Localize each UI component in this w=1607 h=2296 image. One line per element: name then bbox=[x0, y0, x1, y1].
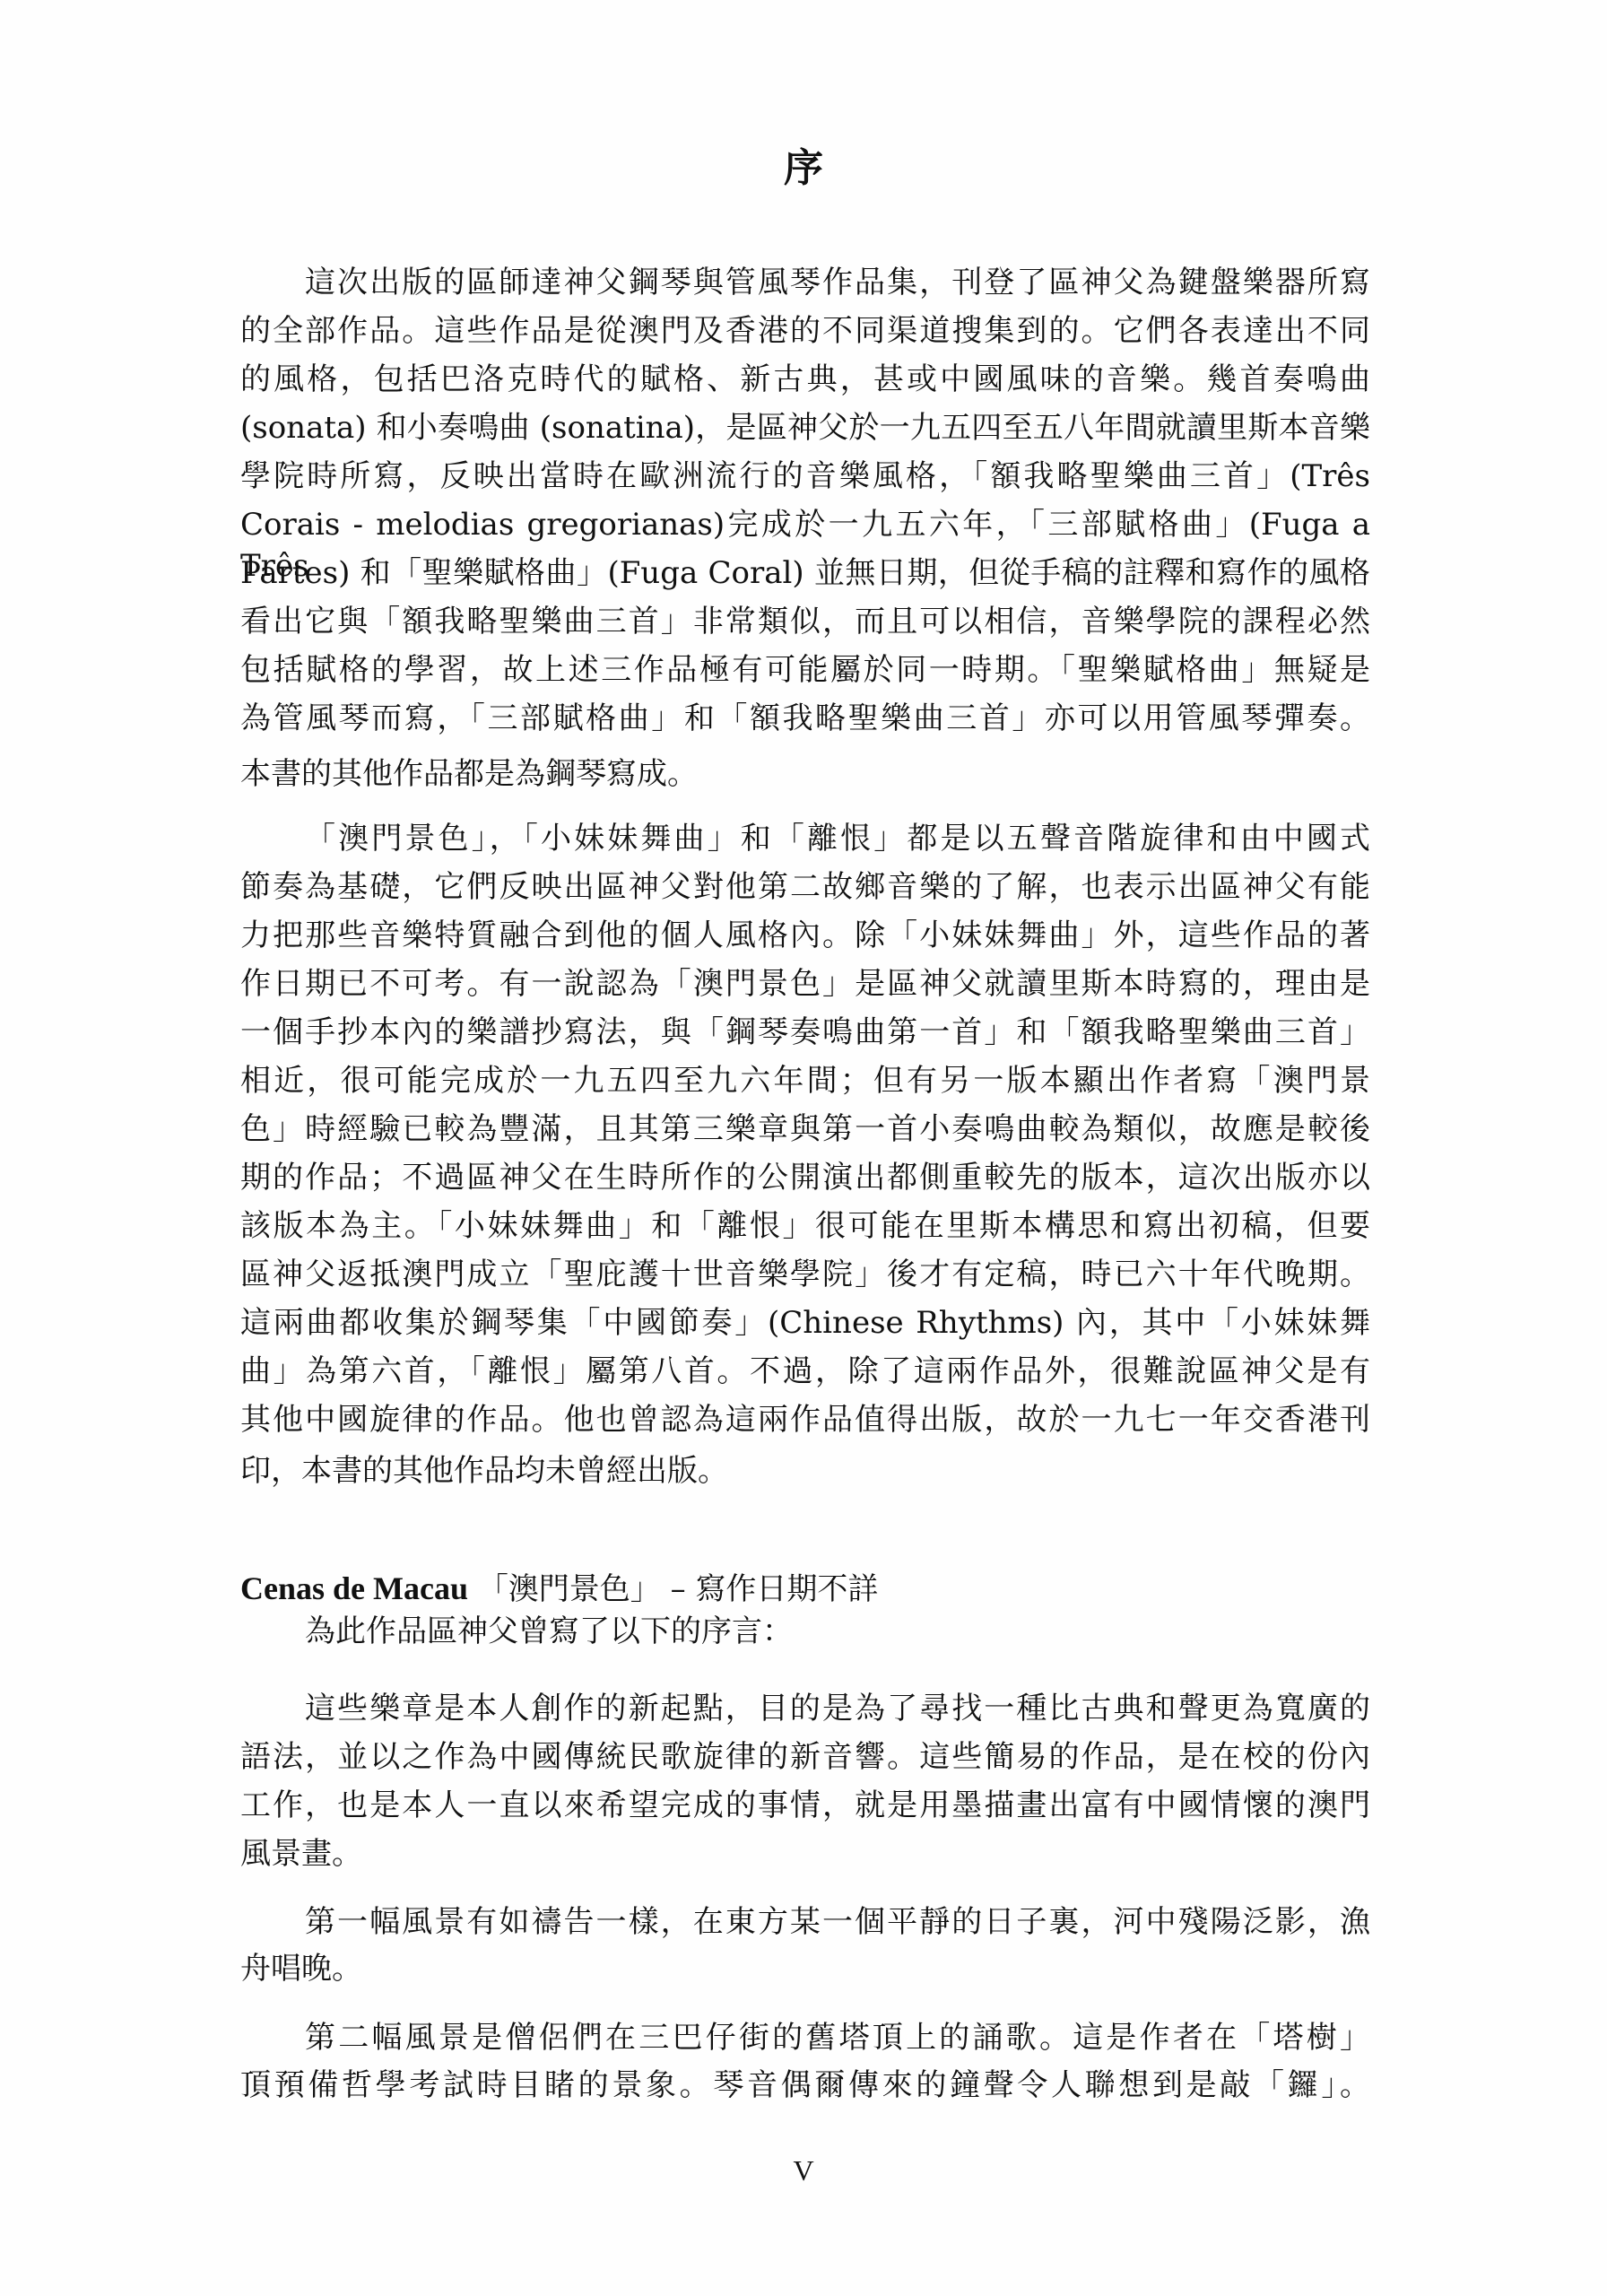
paragraph-line: 這些樂章是本人創作的新起點，目的是為了尋找一種比古典和聲更為寬廣的 bbox=[305, 1688, 1370, 1729]
section-heading: Cenas de Macau 「澳門景色」 – 寫作日期不詳 bbox=[240, 1568, 878, 1610]
paragraph-line: 這次出版的區師達神父鋼琴與管風琴作品集，刊登了區神父為鍵盤樂器所寫 bbox=[305, 262, 1370, 303]
paragraph-line: 這兩曲都收集於鋼琴集「中國節奏」(Chinese Rhythms) 內，其中「小… bbox=[240, 1302, 1370, 1344]
paragraph-line: 頂預備哲學考試時目睹的景象。琴音偶爾傳來的鐘聲令人聯想到是敲「鑼」。 bbox=[240, 2065, 1370, 2106]
section-heading-latin: Cenas de Macau bbox=[240, 1570, 468, 1606]
paragraph-line: 風景畫。 bbox=[240, 1833, 1370, 1874]
paragraph-line: 工作，也是本人一直以來希望完成的事情，就是用墨描畫出富有中國情懷的澳門 bbox=[240, 1785, 1370, 1826]
document-page: 序 這次出版的區師達神父鋼琴與管風琴作品集，刊登了區神父為鍵盤樂器所寫 的全部作… bbox=[0, 0, 1607, 2296]
paragraph-line: 期的作品；不過區神父在生時所作的公開演出都側重較先的版本，這次出版亦以 bbox=[240, 1157, 1370, 1198]
paragraph-line: 相近，很可能完成於一九五四至九六年間；但有另一版本顯出作者寫「澳門景 bbox=[240, 1060, 1370, 1101]
section-heading-note: 寫作日期不詳 bbox=[695, 1571, 878, 1607]
paragraph-line: 的全部作品。這些作品是從澳門及香港的不同渠道搜集到的。它們各表達出不同 bbox=[240, 310, 1370, 352]
section-heading-cjk: 「澳門景色」 bbox=[478, 1571, 661, 1607]
paragraph-line: 包括賦格的學習，故上述三作品極有可能屬於同一時期。「聖樂賦格曲」無疑是 bbox=[240, 649, 1370, 691]
page-number: V bbox=[0, 2151, 1607, 2190]
paragraph-line: 該版本為主。「小妹妹舞曲」和「離恨」很可能在里斯本構思和寫出初稿，但要 bbox=[240, 1205, 1370, 1247]
paragraph-line: 的風格，包括巴洛克時代的賦格、新古典，甚或中國風味的音樂。幾首奏鳴曲 bbox=[240, 359, 1370, 400]
section-intro: 為此作品區神父曾寫了以下的序言： bbox=[305, 1611, 1370, 1652]
paragraph-line: 「澳門景色」，「小妹妹舞曲」和「離恨」都是以五聲音階旋律和由中國式 bbox=[305, 818, 1370, 859]
paragraph-line: 色」時經驗已較為豐滿，且其第三樂章與第一首小奏鳴曲較為類似，故應是較後 bbox=[240, 1109, 1370, 1150]
paragraph-line: 印，本書的其他作品均未曾經出版。 bbox=[240, 1450, 1370, 1492]
paragraph-line: (sonata) 和小奏鳴曲 (sonatina)，是區神父於一九五四至五八年間… bbox=[240, 407, 1370, 448]
paragraph-line: 力把那些音樂特質融合到他的個人風格內。除「小妹妹舞曲」外，這些作品的著 bbox=[240, 915, 1370, 956]
paragraph-line: 曲」為第六首，「離恨」屬第八首。不過，除了這兩作品外，很難說區神父是有 bbox=[240, 1351, 1370, 1392]
paragraph-line: 為管風琴而寫，「三部賦格曲」和「額我略聖樂曲三首」亦可以用管風琴彈奏。 bbox=[240, 698, 1370, 739]
paragraph-line: 第一幅風景有如禱告一樣，在東方某一個平靜的日子裏，河中殘陽泛影，漁 bbox=[305, 1901, 1370, 1943]
paragraph-line: 第二幅風景是僧侶們在三巴仔街的舊塔頂上的誦歌。這是作者在「塔樹」 bbox=[305, 2017, 1370, 2058]
paragraph-line: 本書的其他作品都是為鋼琴寫成。 bbox=[240, 753, 1370, 795]
paragraph-line: 學院時所寫，反映出當時在歐洲流行的音樂風格，「額我略聖樂曲三首」(Três bbox=[240, 456, 1370, 497]
paragraph-line: 作日期已不可考。有一說認為「澳門景色」是區神父就讀里斯本時寫的，理由是 bbox=[240, 963, 1370, 1004]
paragraph-line: 區神父返抵澳門成立「聖庇護十世音樂學院」後才有定稿，時已六十年代晚期。 bbox=[240, 1254, 1370, 1295]
paragraph-line: 節奏為基礎，它們反映出區神父對他第二故鄉音樂的了解，也表示出區神父有能 bbox=[240, 866, 1370, 908]
paragraph-line: 語法，並以之作為中國傳統民歌旋律的新音響。這些簡易的作品，是在校的份內 bbox=[240, 1736, 1370, 1778]
paragraph-line: 舟唱晚。 bbox=[240, 1948, 1370, 1989]
paragraph-line: 一個手抄本內的樂譜抄寫法，與「鋼琴奏鳴曲第一首」和「額我略聖樂曲三首」 bbox=[240, 1012, 1370, 1053]
section-heading-separator: – bbox=[671, 1571, 686, 1607]
paragraph-line: 看出它與「額我略聖樂曲三首」非常類似，而且可以相信，音樂學院的課程必然 bbox=[240, 601, 1370, 642]
page-title: 序 bbox=[0, 142, 1607, 196]
paragraph-line: 其他中國旋律的作品。他也曾認為這兩作品值得出版，故於一九七一年交香港刊 bbox=[240, 1399, 1370, 1440]
paragraph-line: Partes) 和「聖樂賦格曲」(Fuga Coral) 並無日期，但從手稿的註… bbox=[240, 552, 1370, 594]
